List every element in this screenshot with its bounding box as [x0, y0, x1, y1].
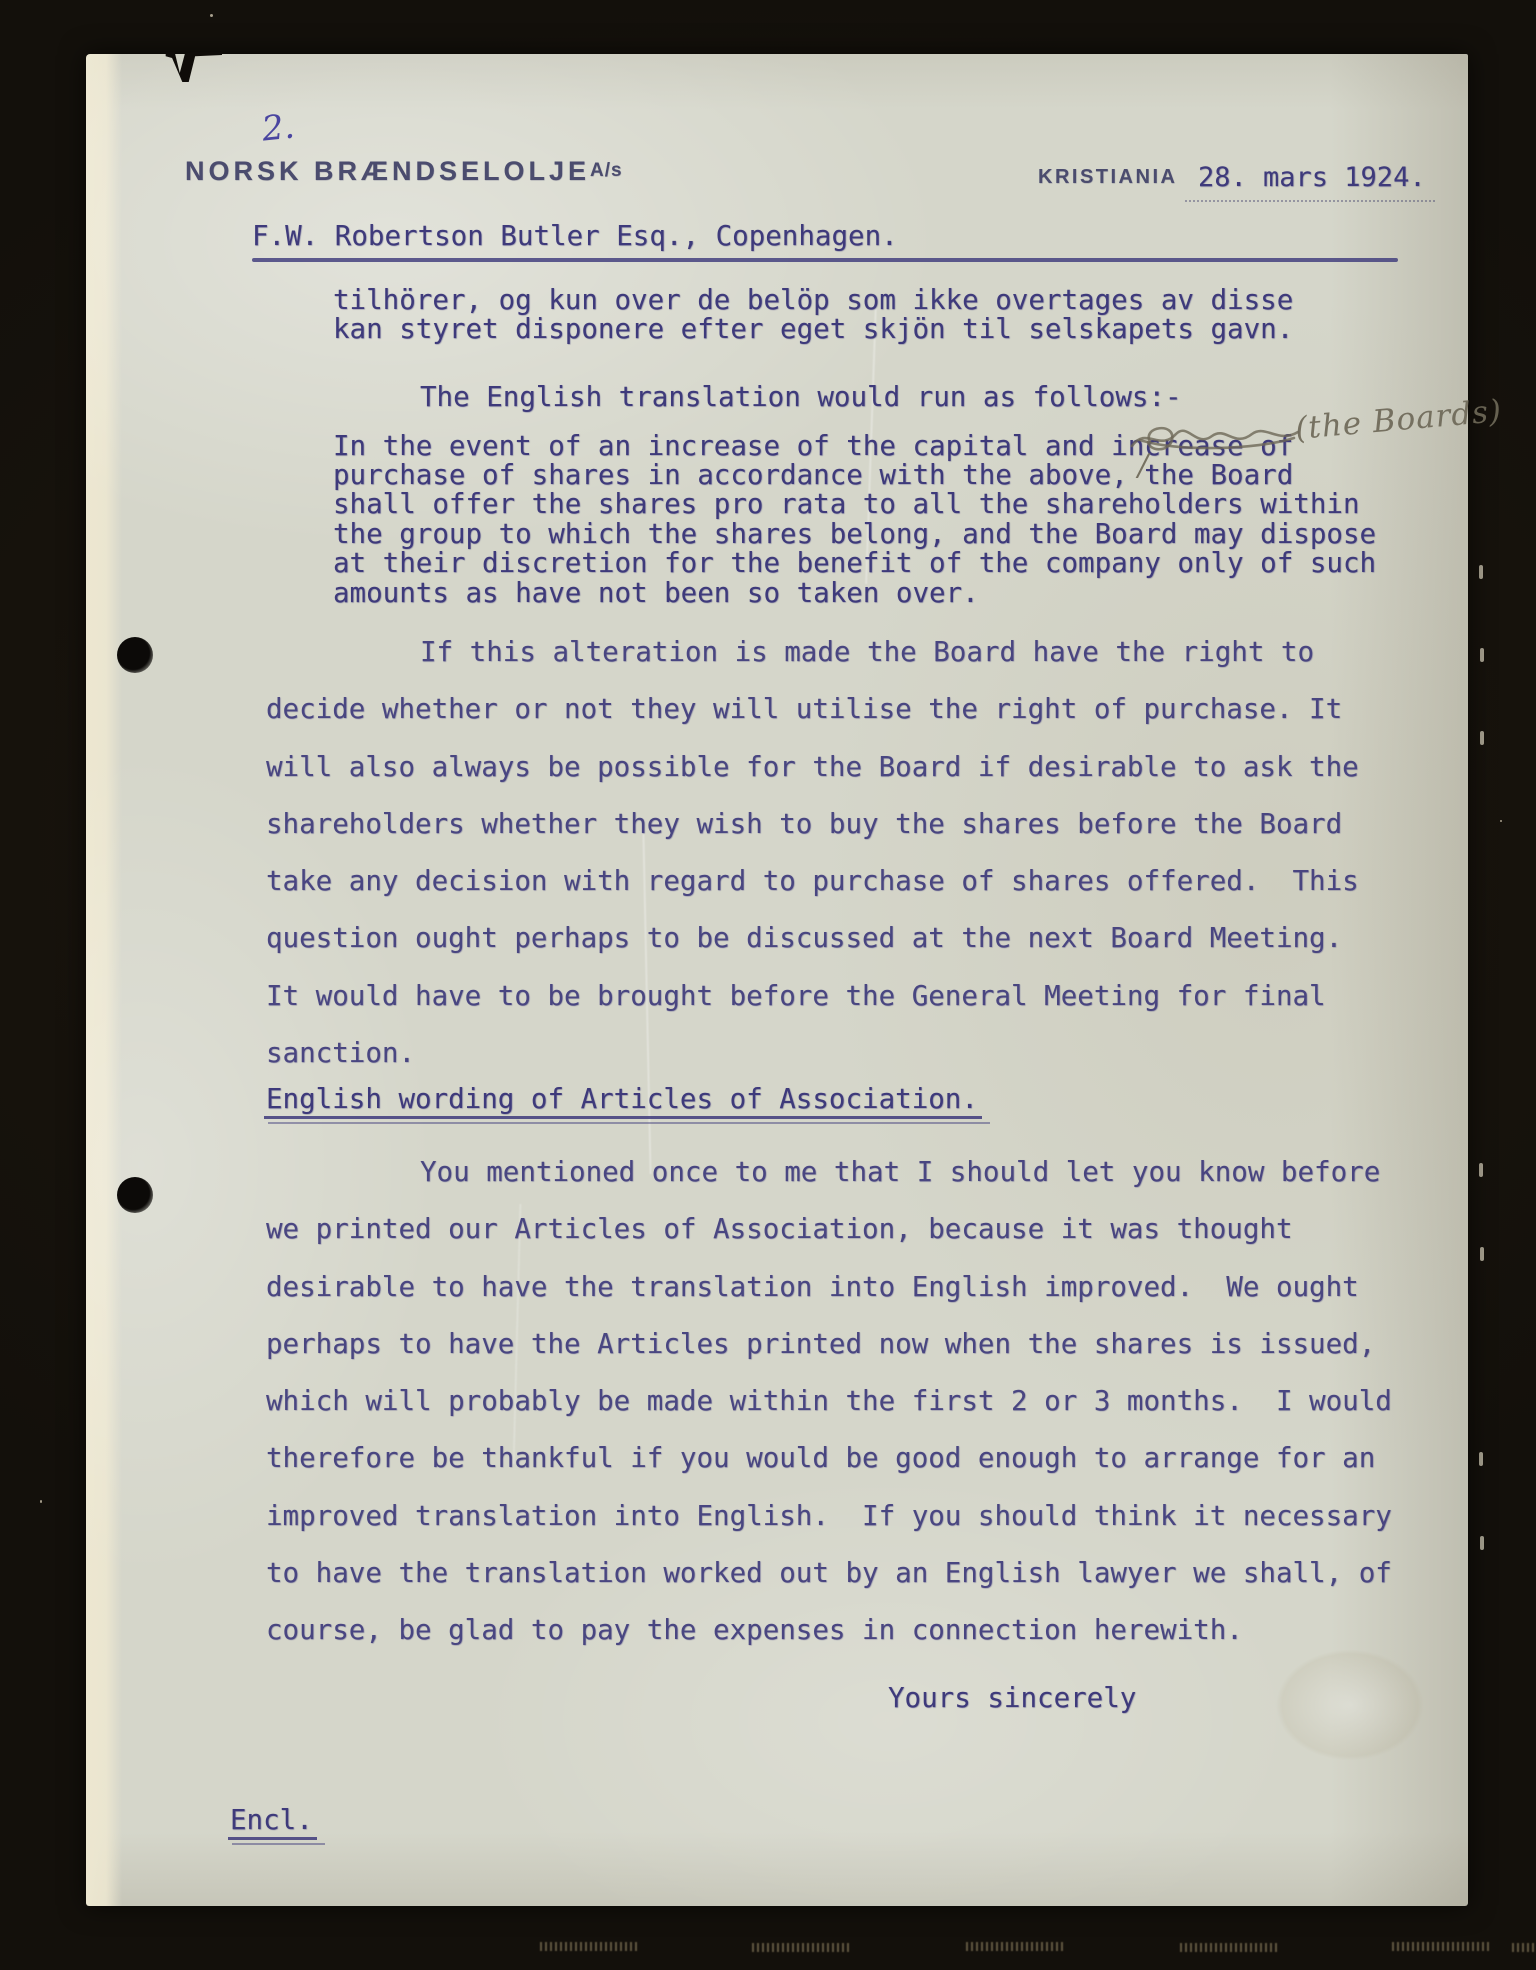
- letterhead-company-name: NORSK BRÆNDSELOLJE: [185, 156, 590, 186]
- stitch-mark: [1480, 1247, 1484, 1261]
- translation-continuation: purchase of shares in accordance with th…: [333, 461, 1376, 608]
- archival-edge-markings: [1512, 1943, 1536, 1952]
- stitch-mark: [1479, 565, 1483, 579]
- punch-hole: [117, 1177, 153, 1213]
- text-line: It would have to be brought before the G…: [266, 968, 1359, 1025]
- text-line: You mentioned once to me that I should l…: [266, 1144, 1392, 1201]
- closing-salutation: Yours sincerely: [888, 1682, 1136, 1714]
- first-line-pre: In the event of an increase of the capit…: [333, 430, 1144, 462]
- articles-paragraph: You mentioned once to me that I should l…: [266, 1144, 1392, 1659]
- archival-edge-markings: [1392, 1942, 1492, 1951]
- text-line: kan styret disponere efter eget skjön ti…: [333, 315, 1293, 344]
- text-line: sanction.: [266, 1025, 1359, 1082]
- handwritten-page-number: 2.: [260, 106, 296, 149]
- pencil-scribble: [1126, 420, 1316, 460]
- punch-hole: [117, 637, 153, 673]
- addressee-underline: [252, 258, 1398, 262]
- text-line: to have the translation worked out by an…: [266, 1545, 1392, 1602]
- pencil-margin-note: (the Boards): [1294, 393, 1504, 447]
- dust-speck: [40, 1500, 42, 1503]
- stitch-mark: [1480, 648, 1484, 662]
- text-line: shareholders whether they wish to buy th…: [266, 796, 1359, 853]
- dust-speck: [1500, 820, 1502, 822]
- archival-edge-markings: [752, 1943, 852, 1952]
- typed-date: 28. mars 1924.: [1198, 162, 1426, 193]
- norwegian-clause: tilhörer, og kun over de belöp som ikke …: [333, 286, 1293, 345]
- archival-edge-markings: [966, 1942, 1066, 1951]
- text-line: tilhörer, og kun over de belöp som ikke …: [333, 286, 1293, 315]
- text-line: amounts as have not been so taken over.: [333, 579, 1376, 608]
- text-line: therefore be thankful if you would be go…: [266, 1430, 1392, 1487]
- text-line: course, be glad to pay the expenses in c…: [266, 1602, 1392, 1659]
- text-line: purchase of shares in accordance with th…: [333, 461, 1376, 490]
- paper-sheet: 2. NORSK BRÆNDSELOLJEA/s KRISTIANIA 28. …: [86, 54, 1468, 1906]
- text-line: improved translation into English. If yo…: [266, 1488, 1392, 1545]
- letterhead-company: NORSK BRÆNDSELOLJEA/s: [185, 156, 623, 187]
- archival-edge-markings: [1180, 1943, 1280, 1952]
- addressee-line: F.W. Robertson Butler Esq., Copenhagen.: [252, 220, 898, 252]
- text-line: we printed our Articles of Association, …: [266, 1201, 1392, 1258]
- text-line: at their discretion for the benefit of t…: [333, 549, 1376, 578]
- text-line: will also always be possible for the Boa…: [266, 739, 1359, 796]
- text-line: shall offer the shares pro rata to all t…: [333, 490, 1376, 519]
- text-line: take any decision with regard to purchas…: [266, 853, 1359, 910]
- text-line: decide whether or not they will utilise …: [266, 681, 1359, 738]
- enclosure-note: Encl.: [230, 1804, 313, 1836]
- text-line: perhaps to have the Articles printed now…: [266, 1316, 1392, 1373]
- archival-scan: { "colors": { "ink": "#3e3a7b", "paper":…: [0, 0, 1536, 1970]
- letterhead-place: KRISTIANIA: [1038, 166, 1177, 189]
- torn-notch: [158, 52, 222, 82]
- text-line: question ought perhaps to be discussed a…: [266, 910, 1359, 967]
- stitch-mark: [1479, 1452, 1483, 1466]
- dust-speck: [210, 14, 213, 17]
- stitch-mark: [1480, 731, 1484, 745]
- date-ruled-line: [1185, 200, 1435, 202]
- stitch-mark: [1480, 1536, 1484, 1550]
- text-line: the group to which the shares belong, an…: [333, 520, 1376, 549]
- stitch-mark: [1479, 1163, 1483, 1177]
- archival-edge-markings: [540, 1942, 640, 1951]
- alteration-paragraph: If this alteration is made the Board hav…: [266, 624, 1359, 1082]
- section-heading: English wording of Articles of Associati…: [266, 1083, 978, 1115]
- text-line: desirable to have the translation into E…: [266, 1259, 1392, 1316]
- translation-intro: The English translation would run as fol…: [420, 381, 1182, 413]
- letterhead-company-suffix: A/s: [590, 160, 623, 181]
- text-line: which will probably be made within the f…: [266, 1373, 1392, 1430]
- text-line: If this alteration is made the Board hav…: [266, 624, 1359, 681]
